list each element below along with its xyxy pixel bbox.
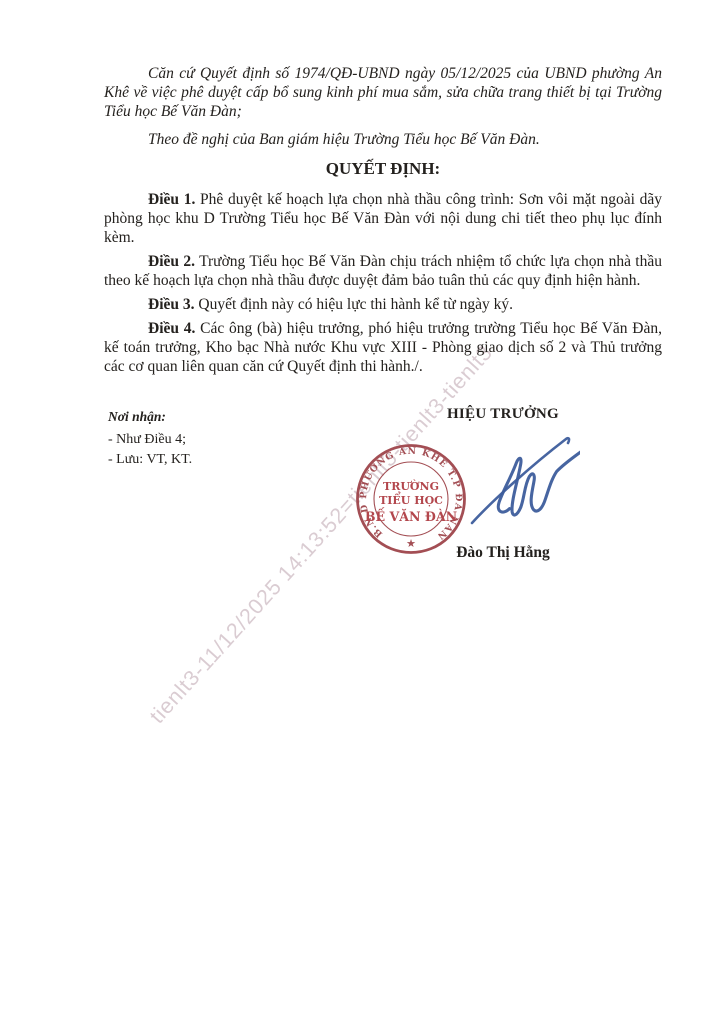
signer-name: Đào Thị Hằng [423,544,583,562]
article-2-label: Điều 2. [148,253,195,270]
article-3-label: Điều 3. [148,296,195,313]
article-4-paragraph: Điều 4. Các ông (bà) hiệu trưởng, phó hi… [104,319,662,376]
article-3-paragraph: Điều 3. Quyết định này có hiệu lực thi h… [104,295,662,314]
recipients-block: Nơi nhận: - Như Điều 4; - Lưu: VT, KT. [108,407,192,470]
article-4-label: Điều 4. [148,320,195,337]
article-1-paragraph: Điều 1. Phê duyệt kế hoạch lựa chọn nhà … [104,190,662,247]
article-3-text: Quyết định này có hiệu lực thi hành kể t… [198,296,513,313]
preamble-paragraph: Căn cứ Quyết định số 1974/QĐ-UBND ngày 0… [104,64,662,121]
document-body: Căn cứ Quyết định số 1974/QĐ-UBND ngày 0… [104,64,662,381]
article-1-label: Điều 1. [148,191,195,208]
recipient-item: - Như Điều 4; [108,430,192,450]
decision-heading: QUYẾT ĐỊNH: [104,158,662,179]
recipients-label: Nơi nhận: [108,407,192,427]
stamp-star-icon: ★ [407,539,416,550]
article-2-paragraph: Điều 2. Trường Tiểu học Bế Văn Đàn chịu … [104,252,662,290]
principal-signature [420,405,580,565]
proposal-paragraph: Theo đề nghị của Ban giám hiệu Trường Ti… [104,130,662,149]
recipient-item: - Lưu: VT, KT. [108,450,192,470]
document-page: tienlt3-11/12/2025 14:13:52=tienlt3-tien… [0,0,725,1024]
